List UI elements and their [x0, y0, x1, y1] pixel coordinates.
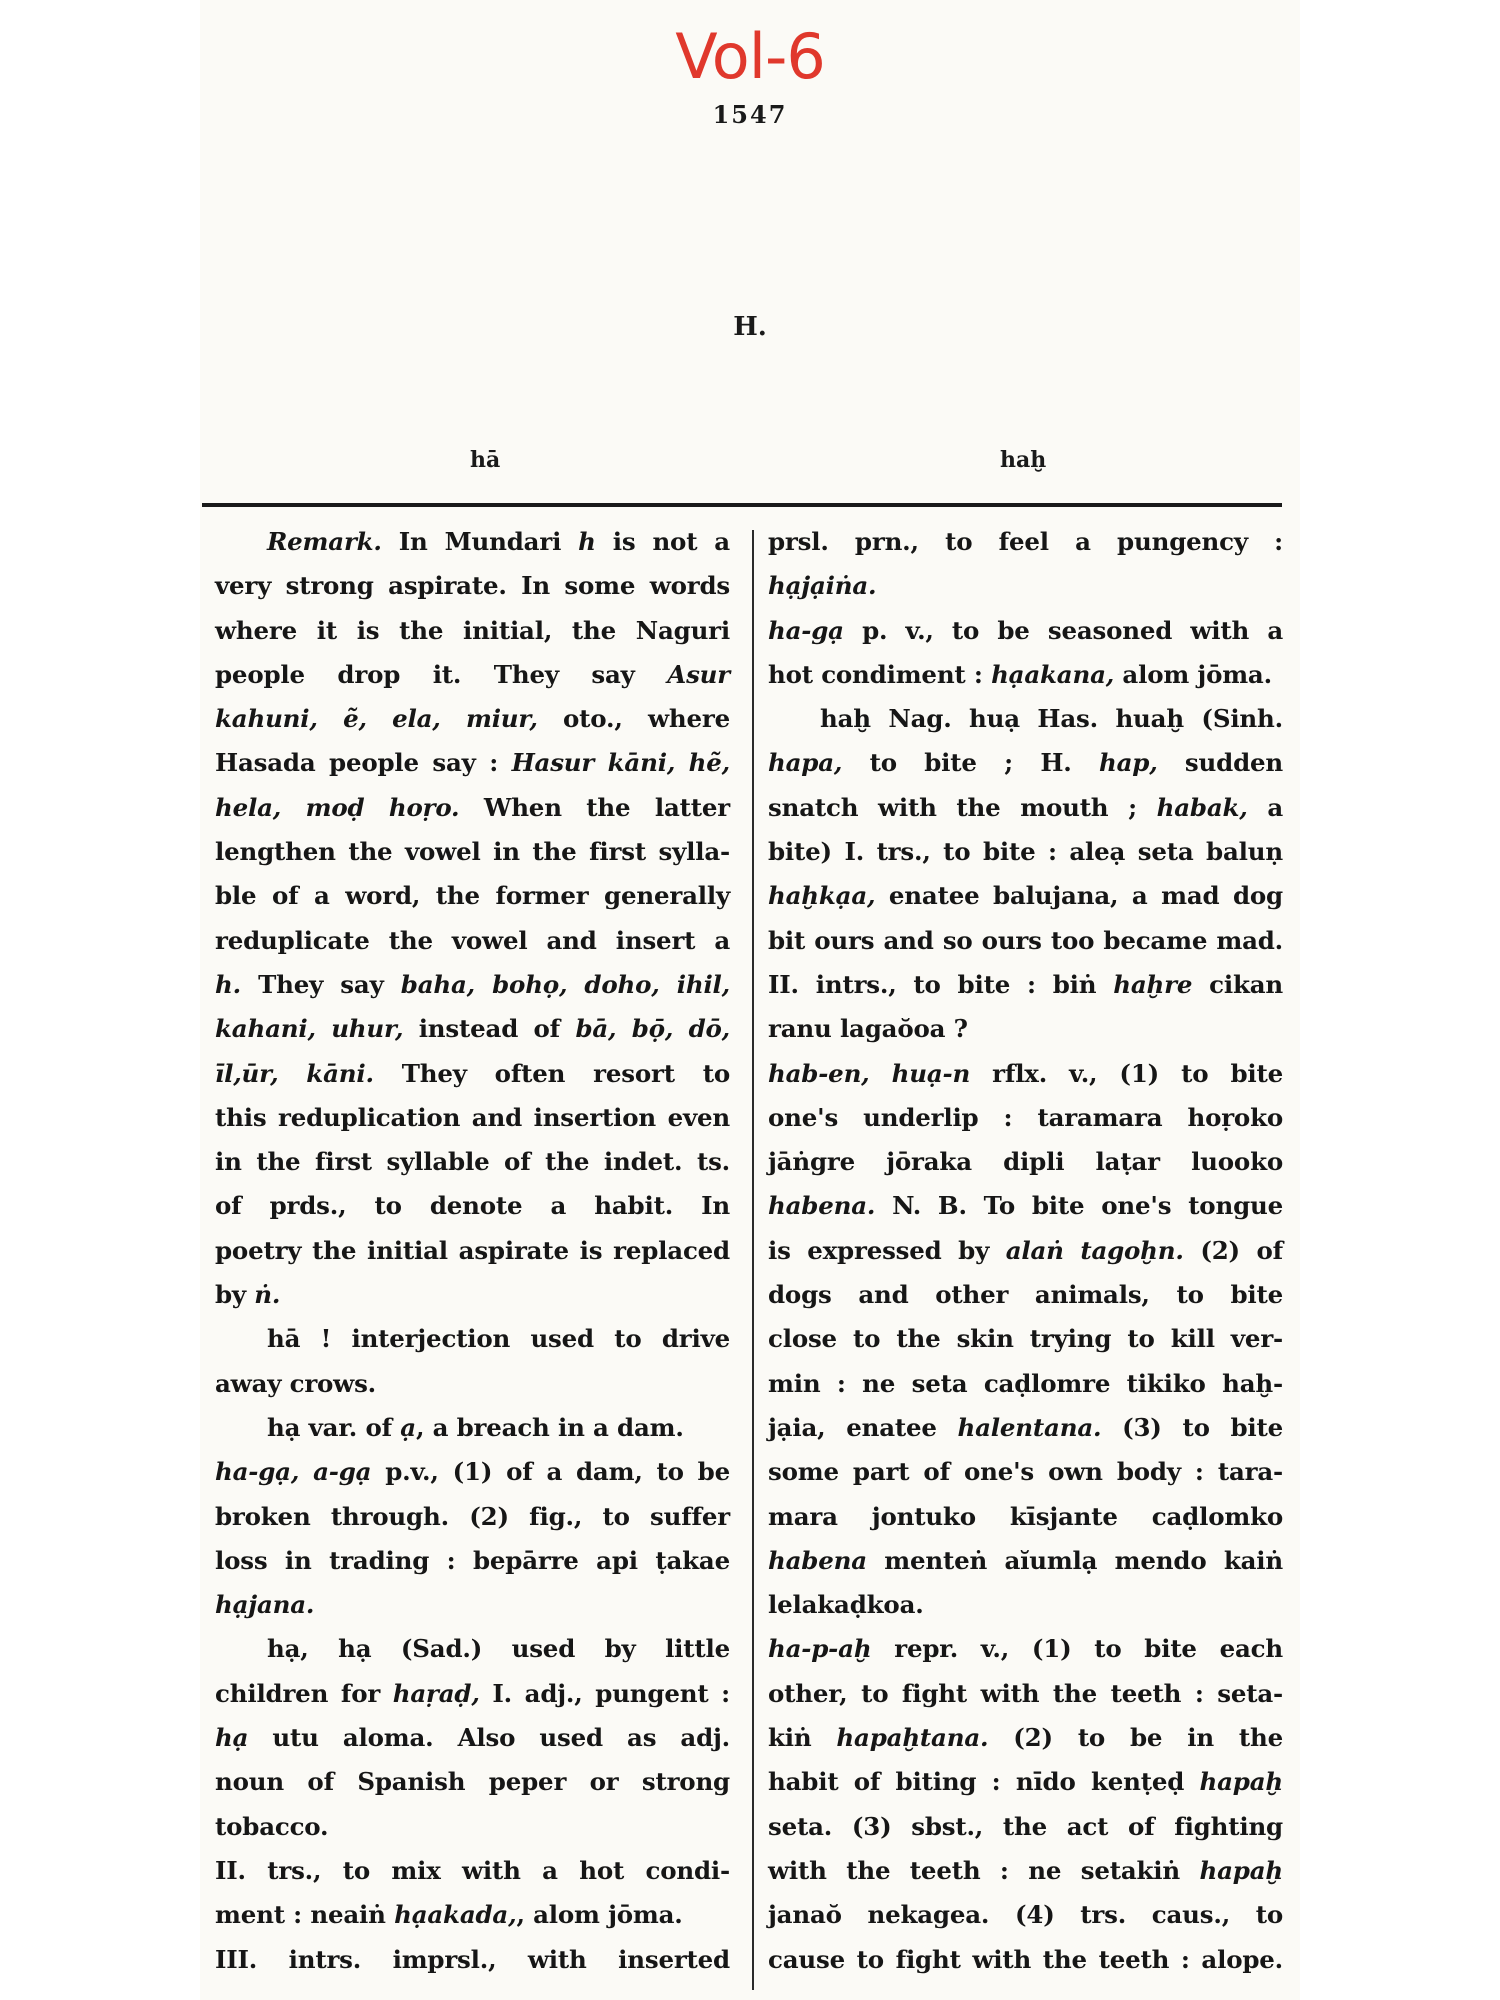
italic-term: h.	[215, 970, 241, 999]
text-line: children for haṛaḍ, I. adj., pungent :	[215, 1672, 730, 1716]
text-run: in the first syllable of the indet. ts.	[215, 1147, 730, 1176]
text-run: this reduplication and insertion even	[215, 1103, 730, 1132]
left-column: Remark. In Mundari h is not avery strong…	[215, 520, 730, 1982]
text-run: tobacco.	[215, 1812, 328, 1841]
text-line: kahani, uhur, instead of bā, bọ̄, dō,	[215, 1007, 730, 1051]
text-line: habit of biting : nīdo kenṭeḍ hapaḫ	[768, 1760, 1283, 1804]
text-run: away crows.	[215, 1369, 376, 1398]
italic-term: habena.	[768, 1191, 875, 1220]
italic-term: ha-p-aḫ	[768, 1634, 871, 1663]
text-line: kiṅ hapaḫtana. (2) to be in the	[768, 1716, 1283, 1760]
italic-term: hạ	[215, 1723, 248, 1752]
text-run: var. of	[300, 1413, 400, 1442]
italic-term: hapaḫ	[1199, 1856, 1283, 1885]
text-line: ha-gạ, a-gạ p.v., (1) of a dam, to be	[215, 1450, 730, 1494]
text-line: noun of Spanish peper or strong	[215, 1760, 730, 1804]
text-run: with the teeth : ne setakiṅ	[768, 1856, 1199, 1885]
headword: hạ, hạ	[267, 1634, 371, 1663]
italic-term: ha-gạ	[768, 616, 844, 645]
italic-term: haṛaḍ,	[393, 1679, 480, 1708]
text-run: very strong aspirate. In some words	[215, 571, 730, 600]
italic-term: Asur	[667, 660, 730, 689]
headword: hā !	[267, 1324, 331, 1353]
text-line: where it is the initial, the Naguri	[215, 609, 730, 653]
header-rule	[202, 503, 1282, 507]
text-line: of prds., to denote a habit. In	[215, 1184, 730, 1228]
italic-term: alaṅ tagoḫn.	[1006, 1236, 1184, 1265]
text-run: kiṅ	[768, 1723, 836, 1752]
text-line: hạ var. of ạ, a breach in a dam.	[215, 1406, 730, 1450]
text-line: ha-gạ p. v., to be seasoned with a	[768, 609, 1283, 653]
text-run: Nag.	[871, 704, 969, 733]
right-column: prsl. prn., to feel a pungency :hạjạiṅa.…	[768, 520, 1283, 1982]
text-line: jạia, enatee halentana. (3) to bite	[768, 1406, 1283, 1450]
text-run: poetry the initial aspirate is replaced	[215, 1236, 730, 1265]
text-line: hạ, hạ (Sad.) used by little	[215, 1627, 730, 1671]
text-run: They often resort to	[374, 1059, 730, 1088]
text-line: īl,ūr, kāni. They often resort to	[215, 1052, 730, 1096]
text-line: ha-p-aḫ repr. v., (1) to bite each	[768, 1627, 1283, 1671]
italic-term: hab-en, huạ-n	[768, 1059, 970, 1088]
text-line: bite) I. trs., to bite : aleạ seta baluṇ	[768, 830, 1283, 874]
text-run: seta. (3) sbst., the act of fighting	[768, 1812, 1283, 1841]
text-line: bit ours and so ours too became mad.	[768, 919, 1283, 963]
text-run: sudden	[1158, 748, 1283, 777]
text-run: dogs and other animals, to bite	[768, 1280, 1283, 1309]
volume-stamp: Vol-6	[0, 26, 1500, 88]
text-run: habit of biting : nīdo kenṭeḍ	[768, 1767, 1199, 1796]
italic-term: bā, bọ̄, dō,	[575, 1014, 730, 1043]
guide-word-right: haḫ	[1000, 447, 1046, 473]
text-line: hapa, to bite ; H. hap, sudden	[768, 741, 1283, 785]
text-line: II. trs., to mix with a hot condi-	[215, 1849, 730, 1893]
text-run: oto., where	[538, 704, 730, 733]
text-line: some part of one's own body : tara-	[768, 1450, 1283, 1494]
text-run: bite) I. trs., to bite : aleạ seta baluṇ	[768, 837, 1283, 866]
text-run: I. adj., pungent :	[480, 1679, 730, 1708]
text-line: hot condiment : hạakana, alom jōma.	[768, 653, 1283, 697]
text-run: people drop it. They say	[215, 660, 667, 689]
guide-word-left: hā	[470, 447, 500, 473]
text-line: min : ne seta caḍlomre tikiko haḫ-	[768, 1362, 1283, 1406]
text-run: janaŏ nekagea. (4) trs. caus., to	[768, 1900, 1283, 1929]
text-run: II. trs., to mix with a hot condi-	[215, 1856, 730, 1885]
text-run: mara jontuko kīsjante caḍlomko	[768, 1502, 1283, 1531]
text-run: by	[215, 1280, 254, 1309]
italic-term: habak,	[1157, 793, 1248, 822]
text-run: lelakaḍkoa.	[768, 1590, 924, 1619]
text-run: cause to fight with the teeth : alope.	[768, 1945, 1283, 1974]
text-line: Hasada people say : Hasur kāni, hẽ,	[215, 741, 730, 785]
italic-term: hạjạiṅa.	[768, 571, 876, 600]
text-run: alom jōma.	[1114, 660, 1272, 689]
text-run: (Sinh.	[1184, 704, 1283, 733]
text-line: lelakaḍkoa.	[768, 1583, 1283, 1627]
italic-term: hap,	[1099, 748, 1158, 777]
text-run: snatch with the mouth ;	[768, 793, 1157, 822]
text-line: hạ utu aloma. Also used as adj.	[215, 1716, 730, 1760]
italic-term: hapaḫ	[1199, 1767, 1283, 1796]
text-run: close to the skin trying to kill ver-	[768, 1324, 1283, 1353]
text-run: lengthen the vowel in the first sylla-	[215, 837, 730, 866]
text-line: one's underlip : taramara hoṛoko	[768, 1096, 1283, 1140]
headword: hạ	[267, 1413, 300, 1442]
italic-term: Hasur kāni, hẽ,	[512, 748, 730, 777]
text-run: p.v., (1) of a dam, to be	[371, 1457, 730, 1486]
page-number: 1547	[0, 100, 1500, 129]
text-run: other, to fight with the teeth : seta-	[768, 1679, 1283, 1708]
text-line: in the first syllable of the indet. ts.	[215, 1140, 730, 1184]
text-run: noun of Spanish peper or strong	[215, 1767, 730, 1796]
italic-term: ạ	[400, 1413, 416, 1442]
text-run: of prds., to denote a habit. In	[215, 1191, 730, 1220]
italic-term: īl,ūr, kāni.	[215, 1059, 374, 1088]
text-line: hab-en, huạ-n rflx. v., (1) to bite	[768, 1052, 1283, 1096]
text-run: a	[1248, 793, 1283, 822]
italic-term: habena	[768, 1546, 867, 1575]
text-line: poetry the initial aspirate is replaced	[215, 1229, 730, 1273]
italic-term: ṅ.	[254, 1280, 280, 1309]
text-line: III. intrs. imprsl., with inserted	[215, 1938, 730, 1982]
italic-term: ha-gạ, a-gạ	[215, 1457, 371, 1486]
text-run: (2) of	[1184, 1236, 1283, 1265]
text-line: hạjạiṅa.	[768, 564, 1283, 608]
text-run: N. B. To bite one's tongue	[875, 1191, 1283, 1220]
text-line: loss in trading : bepārre api ṭakae	[215, 1539, 730, 1583]
text-run: to bite ; H.	[842, 748, 1099, 777]
column-divider	[752, 530, 754, 1990]
text-line: by ṅ.	[215, 1273, 730, 1317]
text-run: II. intrs., to bite : biṅ	[768, 970, 1113, 999]
text-run: When the latter	[459, 793, 730, 822]
text-line: jāṅgre jōraka dipli laṭar luooko	[768, 1140, 1283, 1184]
text-line: hā ! interjection used to drive	[215, 1317, 730, 1361]
text-run: hot condiment :	[768, 660, 991, 689]
section-heading: H.	[0, 312, 1500, 342]
headword: huaḫ	[1115, 704, 1184, 733]
text-run: (Sad.) used by little	[371, 1634, 730, 1663]
italic-term: hạjana.	[215, 1590, 314, 1619]
headword: haḫ	[820, 704, 871, 733]
text-line: h. They say baha, bohọ, doho, ihil,	[215, 963, 730, 1007]
text-line: close to the skin trying to kill ver-	[768, 1317, 1283, 1361]
text-run: bit ours and so ours too became mad.	[768, 926, 1283, 955]
text-line: janaŏ nekagea. (4) trs. caus., to	[768, 1893, 1283, 1937]
text-line: ment : neaiṅ hạakada,, alom jōma.	[215, 1893, 730, 1937]
text-run: reduplicate the vowel and insert a	[215, 926, 730, 955]
text-line: this reduplication and insertion even	[215, 1096, 730, 1140]
text-run: (2) to be in the	[988, 1723, 1283, 1752]
text-run: They say	[241, 970, 401, 999]
text-line: away crows.	[215, 1362, 730, 1406]
text-line: mara jontuko kīsjante caḍlomko	[768, 1495, 1283, 1539]
text-line: habena menteṅ aĭumlạ mendo kaiṅ	[768, 1539, 1283, 1583]
text-line: dogs and other animals, to bite	[768, 1273, 1283, 1317]
text-run: menteṅ aĭumlạ mendo kaiṅ	[867, 1546, 1283, 1575]
text-run: rflx. v., (1) to bite	[970, 1059, 1283, 1088]
text-line: ble of a word, the former generally	[215, 874, 730, 918]
text-run: p. v., to be seasoned with a	[844, 616, 1283, 645]
text-run: repr. v., (1) to bite each	[871, 1634, 1283, 1663]
text-run: interjection used to drive	[331, 1324, 730, 1353]
text-run: min : ne seta caḍlomre tikiko haḫ-	[768, 1369, 1283, 1398]
text-line: ranu lagaŏoa ?	[768, 1007, 1283, 1051]
text-line: lengthen the vowel in the first sylla-	[215, 830, 730, 874]
text-run: prsl. prn., to feel a pungency :	[768, 527, 1283, 556]
text-run: , a breach in a dam.	[416, 1413, 684, 1442]
text-run: utu aloma. Also used as adj.	[248, 1723, 730, 1752]
text-run: ble of a word, the former generally	[215, 881, 730, 910]
text-line: seta. (3) sbst., the act of fighting	[768, 1805, 1283, 1849]
text-run: one's underlip : taramara hoṛoko	[768, 1103, 1283, 1132]
text-line: broken through. (2) fig., to suffer	[215, 1495, 730, 1539]
italic-term: kahani, uhur,	[215, 1014, 403, 1043]
italic-term: hapa,	[768, 748, 842, 777]
text-line: kahuni, ẽ, ela, miur, oto., where	[215, 697, 730, 741]
text-run: enatee balujana, a mad dog	[875, 881, 1283, 910]
text-line: snatch with the mouth ; habak, a	[768, 786, 1283, 830]
text-run: jāṅgre jōraka dipli laṭar luooko	[768, 1147, 1283, 1176]
text-run: is not a	[596, 527, 730, 556]
text-line: other, to fight with the teeth : seta-	[768, 1672, 1283, 1716]
text-run: (3) to bite	[1101, 1413, 1283, 1442]
text-line: habena. N. B. To bite one's tongue	[768, 1184, 1283, 1228]
text-line: haḫkạa, enatee balujana, a mad dog	[768, 874, 1283, 918]
italic-term: hela, moḍ hoṛo.	[215, 793, 459, 822]
text-run: some part of one's own body : tara-	[768, 1457, 1283, 1486]
italic-term: h	[578, 527, 596, 556]
italic-term: haḫkạa,	[768, 881, 875, 910]
italic-term: baha, bohọ, doho, ihil,	[401, 970, 730, 999]
text-line: reduplicate the vowel and insert a	[215, 919, 730, 963]
italic-term: hạakada,	[394, 1900, 516, 1929]
text-run: children for	[215, 1679, 393, 1708]
text-run: broken through. (2) fig., to suffer	[215, 1502, 730, 1531]
text-line: haḫ Nag. huạ Has. huaḫ (Sinh.	[768, 697, 1283, 741]
text-line: is expressed by alaṅ tagoḫn. (2) of	[768, 1229, 1283, 1273]
text-run: where it is the initial, the Naguri	[215, 616, 730, 645]
text-run: ranu lagaŏoa ?	[768, 1014, 968, 1043]
italic-term: haḫre	[1113, 970, 1192, 999]
text-line: prsl. prn., to feel a pungency :	[768, 520, 1283, 564]
text-line: people drop it. They say Asur	[215, 653, 730, 697]
text-line: hạjana.	[215, 1583, 730, 1627]
text-line: with the teeth : ne setakiṅ hapaḫ	[768, 1849, 1283, 1893]
italic-term: hapaḫtana.	[836, 1723, 988, 1752]
text-run: cikan	[1192, 970, 1283, 999]
text-line: tobacco.	[215, 1805, 730, 1849]
text-run: III. intrs. imprsl., with inserted	[215, 1945, 730, 1974]
text-line: very strong aspirate. In some words	[215, 564, 730, 608]
text-run: loss in trading : bepārre api ṭakae	[215, 1546, 730, 1575]
text-line: II. intrs., to bite : biṅ haḫre cikan	[768, 963, 1283, 1007]
text-run: , alom jōma.	[516, 1900, 682, 1929]
italic-term: Remark.	[267, 527, 382, 556]
text-line: hela, moḍ hoṛo. When the latter	[215, 786, 730, 830]
italic-term: kahuni, ẽ, ela, miur,	[215, 704, 538, 733]
text-line: cause to fight with the teeth : alope.	[768, 1938, 1283, 1982]
italic-term: hạakana,	[991, 660, 1114, 689]
italic-term: halentana.	[958, 1413, 1102, 1442]
text-run: is expressed by	[768, 1236, 1006, 1265]
text-run: Hasada people say :	[215, 748, 512, 777]
text-run: Has.	[1020, 704, 1116, 733]
text-run: In Mundari	[382, 527, 578, 556]
text-run: instead of	[403, 1014, 575, 1043]
text-line: Remark. In Mundari h is not a	[215, 520, 730, 564]
headword: huạ	[969, 704, 1020, 733]
text-run: jạia, enatee	[768, 1413, 958, 1442]
text-run: ment : neaiṅ	[215, 1900, 394, 1929]
